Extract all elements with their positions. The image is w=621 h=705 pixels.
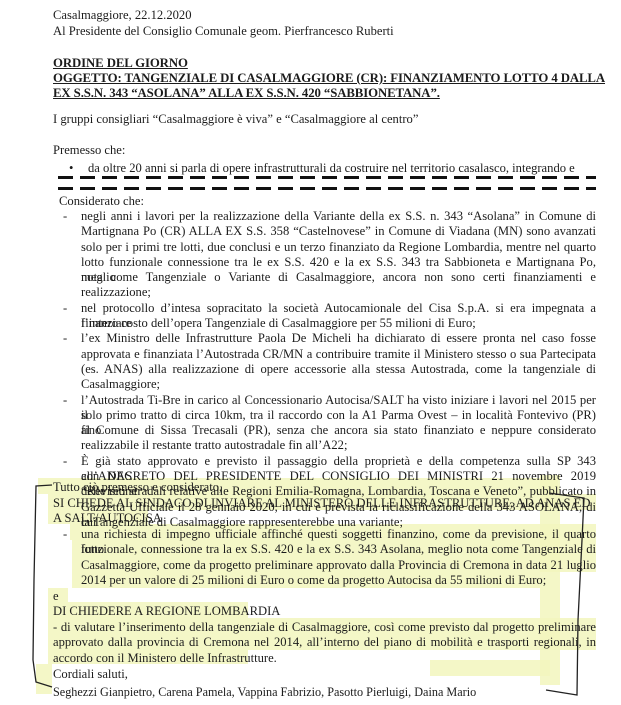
text-line: (es. ANAS) alla realizzazione di opere a…: [81, 362, 596, 377]
text-line: approvato dalla provincia di Cremona nel…: [53, 635, 596, 650]
place-date: Casalmaggiore, 22.12.2020: [53, 8, 192, 23]
list-dash: -: [63, 331, 67, 346]
considerato-item: l’ex Ministro delle Infrastrutture Paola…: [81, 331, 596, 392]
text-line: È già stato approvato e previsto il pass…: [81, 454, 596, 469]
signatures: Seghezzi Gianpietro, Carena Pamela, Vapp…: [53, 685, 476, 700]
text-line: realizzazione;: [81, 285, 596, 300]
considerato-item: l’Autostrada Ti-Bre in carico al Concess…: [81, 393, 596, 454]
considerato-item: nel protocollo d’intesa sopracitato la s…: [81, 301, 596, 332]
text-line: approvata e finanziata l’Autostrada CR/M…: [81, 347, 596, 362]
list-dash: -: [63, 393, 67, 408]
highlight-mark: [36, 664, 52, 694]
considerato-item: negli anni i lavori per la realizzazione…: [81, 209, 596, 301]
text-line: accordo con il Ministero delle Infrastru…: [53, 651, 596, 666]
text-line: Martignana Po (CR) ALLA EX S.S. 358 “Cas…: [81, 224, 596, 239]
list-dash: -: [63, 209, 67, 224]
request-item-2: - di valutare l’inserimento della tangen…: [53, 620, 596, 666]
subject-line-2: EX S.S.N. 343 “ASOLANA” ALLA EX S.S.N. 4…: [53, 86, 440, 101]
premesso-heading: Premesso che:: [53, 143, 125, 158]
request-item: una richiesta di impegno ufficiale affin…: [81, 527, 596, 588]
request-premise: Tutto ciò premesso e considerato,: [53, 480, 222, 495]
considerato-heading: Considerato che:: [59, 194, 144, 209]
text-line: l’Autostrada Ti-Bre in carico al Concess…: [81, 393, 596, 408]
text-line: 2014 per un valore di 25 milioni di Euro…: [81, 573, 596, 588]
text-line: Casalmaggiore, come da progetto prelimin…: [81, 558, 596, 573]
page-cut-line: [58, 176, 596, 179]
text-line: negli anni i lavori per la realizzazione…: [81, 209, 596, 224]
list-dash: -: [63, 454, 67, 469]
text-line: l’intero costo dell’opera Tangenziale di…: [81, 316, 596, 331]
request-ask-line-2: A SALT/AUTOCISA: [53, 511, 162, 526]
text-line: una richiesta di impegno ufficiale affin…: [81, 527, 596, 542]
text-line: nota come Tangenziale o Variante di Casa…: [81, 270, 596, 285]
list-dash: -: [63, 301, 67, 316]
recipient: Al Presidente del Consiglio Comunale geo…: [53, 24, 394, 39]
text-line: Casalmaggiore;: [81, 377, 596, 392]
text-line: al Comune di Sissa Trecasali (PR), senza…: [81, 423, 596, 438]
subject-line-1: OGGETTO: TANGENZIALE DI CASALMAGGIORE (C…: [53, 71, 579, 86]
premesso-bullet-text: da oltre 20 anni si parla di opere infra…: [88, 161, 596, 176]
text-line: realizzabile il restante tratto autostra…: [81, 438, 596, 453]
intro-text: I gruppi consigliari “Casalmaggiore è vi…: [53, 112, 418, 127]
text-line: solo per i primi tre lotti, due conclusi…: [81, 240, 596, 255]
bullet-icon: •: [69, 161, 73, 176]
text-line: solo primo tratto di circa 10km, tra il …: [81, 408, 596, 423]
text-line: - di valutare l’inserimento della tangen…: [53, 620, 596, 635]
request-ask-line-1: SI CHIEDE AL SINDACO DI INVIARE AL MINIS…: [53, 496, 596, 511]
page-cut-line: [58, 187, 596, 190]
closing: Cordiali saluti,: [53, 667, 128, 682]
text-line: nel protocollo d’intesa sopracitato la s…: [81, 301, 596, 316]
text-line: lotto funzionale connessione tra le ex S…: [81, 255, 596, 270]
conjunction: e: [53, 589, 59, 604]
text-line: funzionale, connessione tra la ex S.S. 4…: [81, 542, 596, 557]
list-dash: -: [63, 527, 67, 542]
document-title: ORDINE DEL GIORNO: [53, 56, 188, 71]
text-line: l’ex Ministro delle Infrastrutture Paola…: [81, 331, 596, 346]
request-ask-2: DI CHIEDERE A REGIONE LOMBARDIA: [53, 604, 280, 619]
